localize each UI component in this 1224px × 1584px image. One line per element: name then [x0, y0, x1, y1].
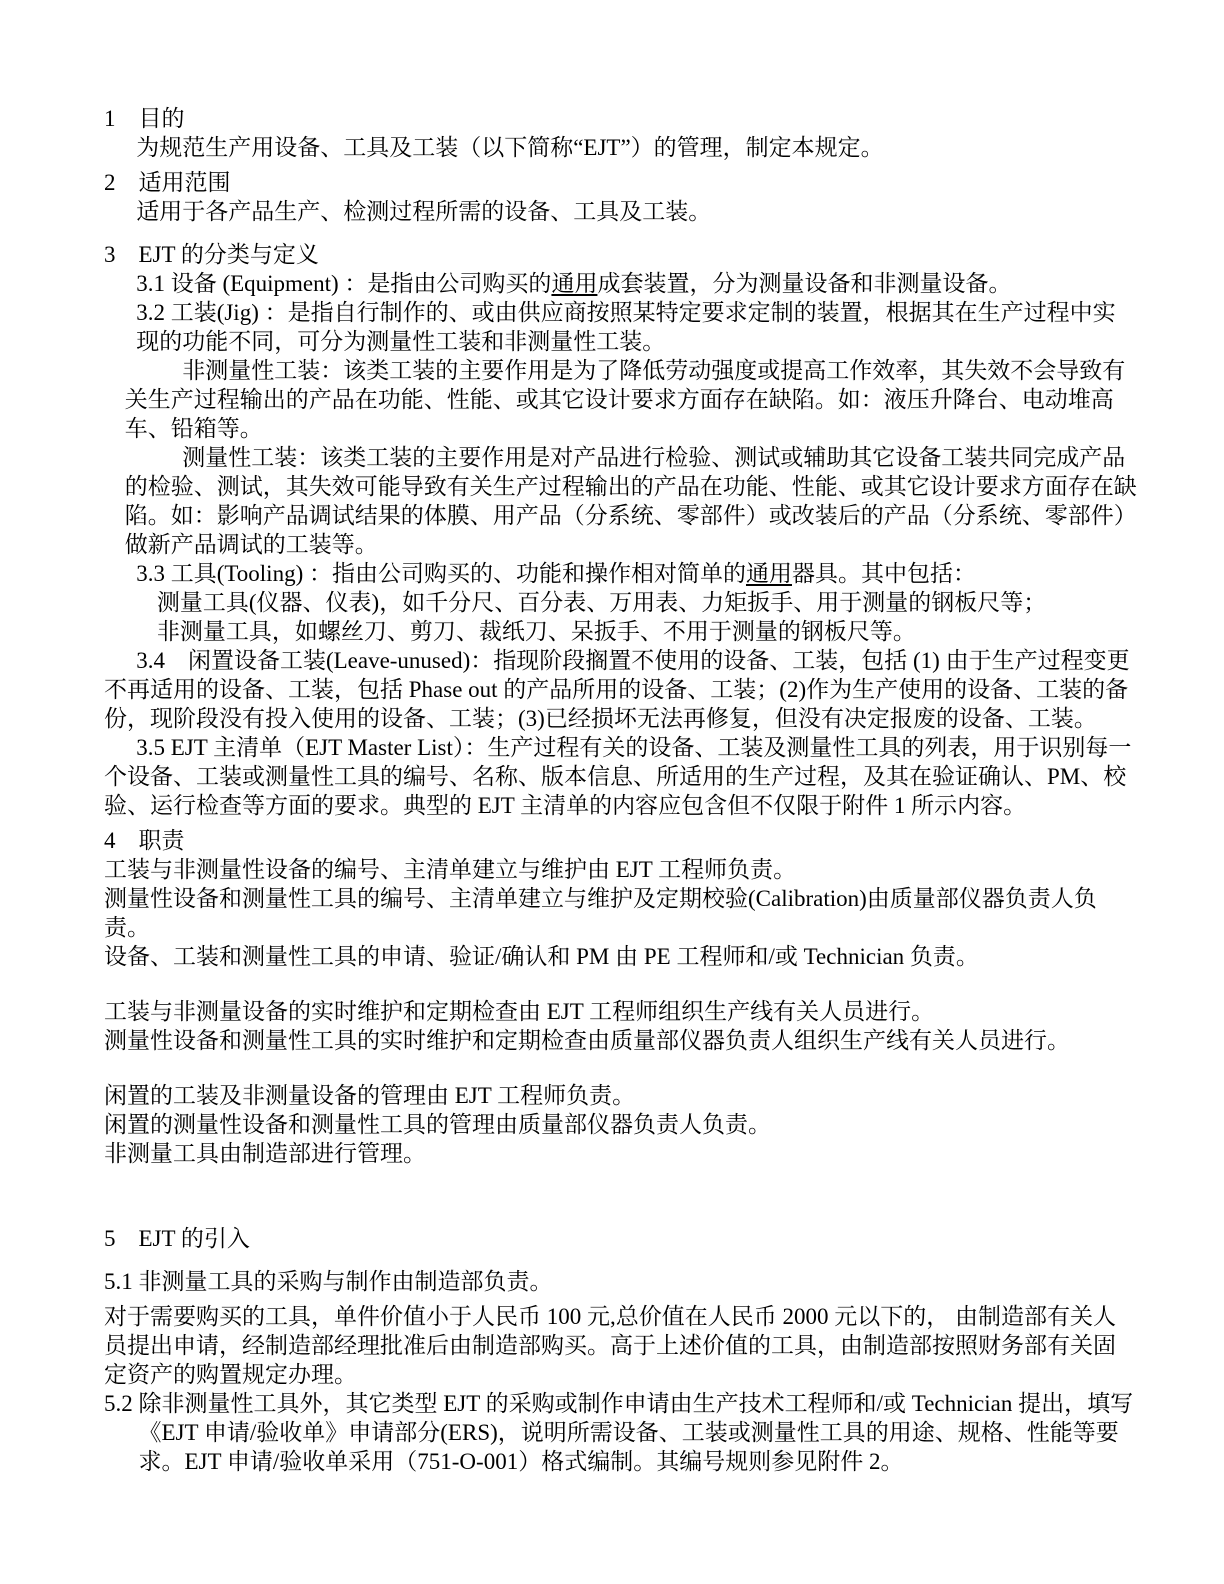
responsibility-numbering-jig: 工装与非测量性设备的编号、主清单建立与维护由 EJT 工程师负责。 — [104, 855, 1138, 884]
clause-3-3-non-measuring-tools: 非测量工具，如螺丝刀、剪刀、裁纸刀、呆扳手、不用于测量的钢板尺等。 — [157, 617, 1138, 646]
section-1-heading: 1 目的 — [104, 104, 1138, 133]
underlined-term-tongyong-1: 通用 — [551, 271, 597, 296]
section-3-heading: 3 EJT 的分类与定义 — [104, 240, 1138, 269]
responsibility-non-measuring-tools: 非测量工具由制造部进行管理。 — [104, 1139, 1138, 1168]
document-page: 1 目的 为规范生产用设备、工具及工装（以下简称“EJT”）的管理，制定本规定。… — [0, 0, 1224, 1584]
clause-5-1: 5.1 非测量工具的采购与制作由制造部负责。 — [104, 1267, 1138, 1296]
section-2-paragraph: 适用于各产品生产、检测过程所需的设备、工具及工装。 — [104, 197, 1138, 226]
responsibility-maintenance-jig: 工装与非测量设备的实时维护和定期检查由 EJT 工程师组织生产线有关人员进行。 — [104, 997, 1138, 1026]
clause-5-1-purchase-rule: 对于需要购买的工具，单件价值小于人民币 100 元,总价值在人民币 2000 元… — [104, 1302, 1138, 1389]
responsibility-application-pm: 设备、工装和测量性工具的申请、验证/确认和 PM 由 PE 工程师和/或 Tec… — [104, 942, 1138, 971]
clause-3-2: 3.2 工装(Jig) ：是指自行制作的、或由供应商按照某特定要求定制的装置，根… — [136, 298, 1138, 356]
section-5-heading: 5 EJT 的引入 — [104, 1224, 1138, 1253]
section-4-heading: 4 职责 — [104, 826, 1138, 855]
clause-3-3: 3.3 工具(Tooling) ：指由公司购买的、功能和操作相对简单的通用器具。… — [136, 559, 1138, 588]
responsibility-idle-measuring: 闲置的测量性设备和测量性工具的管理由质量部仪器负责人负责。 — [104, 1110, 1138, 1139]
clause-3-1-text: 3.1 设备 (Equipment) ：是指由公司购买的 — [136, 271, 551, 296]
clause-5-2: 5.2 除非测量性工具外，其它类型 EJT 的采购或制作申请由生产技术工程师和/… — [139, 1389, 1139, 1476]
clause-3-2-non-measuring-jig: 非测量性工装：该类工装的主要作用是为了降低劳动强度或提高工作效率，其失效不会导致… — [125, 356, 1138, 443]
section-1-paragraph: 为规范生产用设备、工具及工装（以下简称“EJT”）的管理，制定本规定。 — [104, 133, 1138, 162]
clause-3-2-measuring-jig: 测量性工装：该类工装的主要作用是对产品进行检验、测试或辅助其它设备工装共同完成产… — [125, 443, 1138, 559]
section-2-heading: 2 适用范围 — [104, 168, 1138, 197]
clause-3-5: 3.5 EJT 主清单（EJT Master List）：生产过程有关的设备、工… — [104, 733, 1138, 820]
clause-3-3-text: 3.3 工具(Tooling) ：指由公司购买的、功能和操作相对简单的 — [136, 561, 746, 586]
underlined-term-tongyong-2: 通用 — [746, 561, 792, 586]
responsibility-maintenance-measuring: 测量性设备和测量性工具的实时维护和定期检查由质量部仪器负责人组织生产线有关人员进… — [104, 1026, 1138, 1055]
responsibility-idle-jig: 闲置的工装及非测量设备的管理由 EJT 工程师负责。 — [104, 1081, 1138, 1110]
clause-3-1-text-cont: 成套装置，分为测量设备和非测量设备。 — [597, 271, 1011, 296]
clause-3-4: 3.4 闲置设备工装(Leave-unused)：指现阶段搁置不使用的设备、工装… — [104, 646, 1138, 733]
clause-3-3-measuring-tools: 测量工具(仪器、仪表)，如千分尺、百分表、万用表、力矩扳手、用于测量的钢板尺等； — [157, 588, 1138, 617]
clause-3-3-text-cont: 器具。其中包括： — [792, 561, 976, 586]
responsibility-numbering-measuring: 测量性设备和测量性工具的编号、主清单建立与维护及定期校验(Calibration… — [104, 884, 1138, 942]
clause-3-1: 3.1 设备 (Equipment) ：是指由公司购买的通用成套装置，分为测量设… — [136, 269, 1138, 298]
document-content: 1 目的 为规范生产用设备、工具及工装（以下简称“EJT”）的管理，制定本规定。… — [0, 0, 1224, 1476]
